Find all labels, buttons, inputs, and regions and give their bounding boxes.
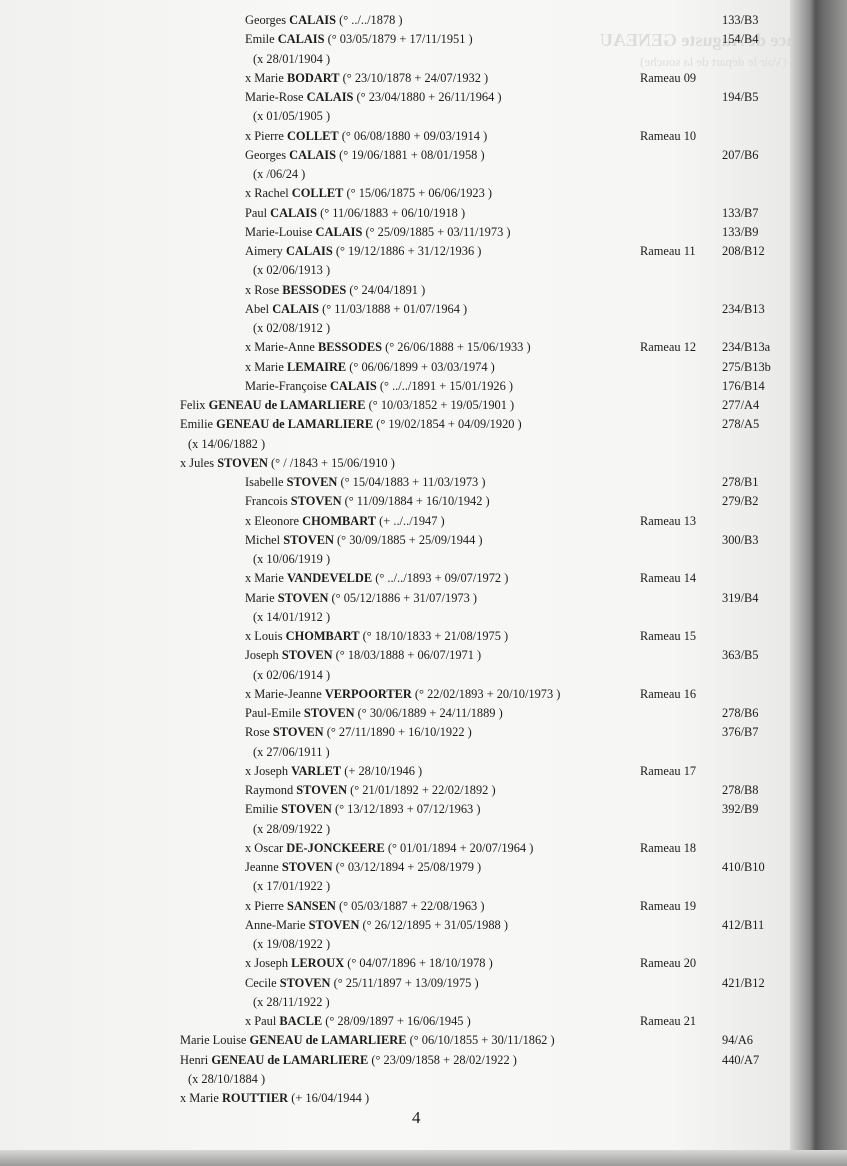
entry-row: (x 02/06/1913 ) xyxy=(0,260,790,280)
document-page: Descendance de Auguste GENEAU (Voir le d… xyxy=(0,0,790,1150)
life-dates: (° ../../1893 + 09/07/1972 ) xyxy=(372,571,508,585)
life-dates: (° 06/08/1880 + 09/03/1914 ) xyxy=(339,129,488,143)
life-dates: (° 13/12/1893 + 07/12/1963 ) xyxy=(332,802,481,816)
life-dates: (° 04/07/1896 + 18/10/1978 ) xyxy=(344,956,493,970)
page-reference: 392/B9 xyxy=(722,799,759,819)
scanner-bottom-edge xyxy=(0,1150,847,1166)
person-entry: Marie Louise GENEAU de LAMARLIERE (° 06/… xyxy=(180,1030,555,1050)
person-entry: Henri GENEAU de LAMARLIERE (° 23/09/1858… xyxy=(180,1050,517,1070)
marriage-text: (x 02/08/1912 ) xyxy=(253,321,330,335)
entry-row: Marie-Louise CALAIS (° 25/09/1885 + 03/1… xyxy=(0,222,790,242)
page-reference: 176/B14 xyxy=(722,376,765,396)
surname: BESSODES xyxy=(318,340,382,354)
given-name: x Rachel xyxy=(245,186,292,200)
life-dates: (° 18/10/1833 + 21/08/1975 ) xyxy=(360,629,509,643)
life-dates: (° 01/01/1894 + 20/07/1964 ) xyxy=(385,841,534,855)
given-name: Marie-Louise xyxy=(245,225,316,239)
entry-row: (x 02/06/1914 ) xyxy=(0,665,790,685)
marriage-text: (x 28/01/1904 ) xyxy=(253,52,330,66)
given-name: x Louis xyxy=(245,629,286,643)
life-dates: (° 24/04/1891 ) xyxy=(346,283,425,297)
marriage-text: (x 14/06/1882 ) xyxy=(188,437,265,451)
entry-row: x Marie-Anne BESSODES (° 26/06/1888 + 15… xyxy=(0,337,790,357)
entry-row: Marie-Françoise CALAIS (° ../../1891 + 1… xyxy=(0,376,790,396)
given-name: x Marie xyxy=(245,571,287,585)
given-name: x Jules xyxy=(180,456,217,470)
surname: CALAIS xyxy=(316,225,363,239)
entry-row: Rose STOVEN (° 27/11/1890 + 16/10/1922 )… xyxy=(0,722,790,742)
entry-row: Felix GENEAU de LAMARLIERE (° 10/03/1852… xyxy=(0,395,790,415)
rameau-label: Rameau 20 xyxy=(640,953,696,973)
entry-row: Georges CALAIS (° 19/06/1881 + 08/01/195… xyxy=(0,145,790,165)
life-dates: (° 19/06/1881 + 08/01/1958 ) xyxy=(336,148,485,162)
surname: STOVEN xyxy=(282,648,333,662)
life-dates: (° 05/03/1887 + 22/08/1963 ) xyxy=(336,899,485,913)
surname: BESSODES xyxy=(282,283,346,297)
page-reference: 412/B11 xyxy=(722,915,764,935)
surname: STOVEN xyxy=(278,591,329,605)
spouse-entry: x Rose BESSODES (° 24/04/1891 ) xyxy=(245,280,425,300)
entry-row: x Marie LEMAIRE (° 06/06/1899 + 03/03/19… xyxy=(0,357,790,377)
entry-row: Aimery CALAIS (° 19/12/1886 + 31/12/1936… xyxy=(0,241,790,261)
surname: COLLET xyxy=(287,129,339,143)
life-dates: (° 06/06/1899 + 03/03/1974 ) xyxy=(346,360,495,374)
surname: CHOMBART xyxy=(302,514,376,528)
page-reference: 154/B4 xyxy=(722,29,759,49)
person-entry: Isabelle STOVEN (° 15/04/1883 + 11/03/19… xyxy=(245,472,485,492)
marriage-text: (x 14/01/1912 ) xyxy=(253,610,330,624)
life-dates: (° 22/02/1893 + 20/10/1973 ) xyxy=(412,687,561,701)
surname: STOVEN xyxy=(304,706,355,720)
given-name: Georges xyxy=(245,148,289,162)
person-entry: Michel STOVEN (° 30/09/1885 + 25/09/1944… xyxy=(245,530,483,550)
marriage-text: (x /06/24 ) xyxy=(253,167,305,181)
life-dates: (° 19/02/1854 + 04/09/1920 ) xyxy=(373,417,522,431)
given-name: Michel xyxy=(245,533,283,547)
surname: CALAIS xyxy=(270,206,317,220)
marriage-date: (x 19/08/1922 ) xyxy=(253,934,330,954)
rameau-label: Rameau 21 xyxy=(640,1011,696,1031)
given-name: x Marie xyxy=(245,71,287,85)
life-dates: (° 05/12/1886 + 31/07/1973 ) xyxy=(328,591,477,605)
rameau-label: Rameau 14 xyxy=(640,568,696,588)
page-reference: 300/B3 xyxy=(722,530,759,550)
life-dates: (° 21/01/1892 + 22/02/1892 ) xyxy=(347,783,496,797)
entry-row: (x 19/08/1922 ) xyxy=(0,934,790,954)
life-dates: (° 03/12/1894 + 25/08/1979 ) xyxy=(333,860,482,874)
rameau-label: Rameau 16 xyxy=(640,684,696,704)
page-reference: 279/B2 xyxy=(722,491,759,511)
spouse-entry: x Joseph LEROUX (° 04/07/1896 + 18/10/19… xyxy=(245,953,493,973)
life-dates: (° ../../1891 + 15/01/1926 ) xyxy=(377,379,513,393)
life-dates: (+ ../../1947 ) xyxy=(376,514,445,528)
entry-row: Jeanne STOVEN (° 03/12/1894 + 25/08/1979… xyxy=(0,857,790,877)
given-name: Felix xyxy=(180,398,209,412)
entry-row: x Paul BACLE (° 28/09/1897 + 16/06/1945 … xyxy=(0,1011,790,1031)
marriage-date: (x 10/06/1919 ) xyxy=(253,549,330,569)
page-reference: 278/A5 xyxy=(722,414,759,434)
page-reference: 277/A4 xyxy=(722,395,759,415)
person-entry: Paul CALAIS (° 11/06/1883 + 06/10/1918 ) xyxy=(245,203,465,223)
entry-row: Marie STOVEN (° 05/12/1886 + 31/07/1973 … xyxy=(0,588,790,608)
given-name: Georges xyxy=(245,13,289,27)
surname: STOVEN xyxy=(217,456,268,470)
life-dates: (° 23/09/1858 + 28/02/1922 ) xyxy=(368,1053,517,1067)
entry-row: (x 17/01/1922 ) xyxy=(0,876,790,896)
marriage-date: (x 01/05/1905 ) xyxy=(253,106,330,126)
rameau-label: Rameau 13 xyxy=(640,511,696,531)
page-reference: 275/B13b xyxy=(722,357,771,377)
surname: STOVEN xyxy=(287,475,338,489)
entry-row: (x 02/08/1912 ) xyxy=(0,318,790,338)
life-dates: (° 03/05/1879 + 17/11/1951 ) xyxy=(325,32,473,46)
entry-row: (x 10/06/1919 ) xyxy=(0,549,790,569)
page-reference: 208/B12 xyxy=(722,241,765,261)
marriage-text: (x 19/08/1922 ) xyxy=(253,937,330,951)
rameau-label: Rameau 18 xyxy=(640,838,696,858)
person-entry: Cecile STOVEN (° 25/11/1897 + 13/09/1975… xyxy=(245,973,479,993)
spouse-entry: x Marie-Jeanne VERPOORTER (° 22/02/1893 … xyxy=(245,684,560,704)
person-entry: Marie STOVEN (° 05/12/1886 + 31/07/1973 … xyxy=(245,588,477,608)
person-entry: Marie-Louise CALAIS (° 25/09/1885 + 03/1… xyxy=(245,222,511,242)
entry-row: Georges CALAIS (° ../../1878 )133/B3 xyxy=(0,10,790,30)
surname: STOVEN xyxy=(280,976,331,990)
entry-row: Raymond STOVEN (° 21/01/1892 + 22/02/189… xyxy=(0,780,790,800)
given-name: Marie-Rose xyxy=(245,90,307,104)
entry-row: x Eleonore CHOMBART (+ ../../1947 )Ramea… xyxy=(0,511,790,531)
surname: LEMAIRE xyxy=(287,360,346,374)
life-dates: (° 11/06/1883 + 06/10/1918 ) xyxy=(317,206,465,220)
life-dates: (° 25/11/1897 + 13/09/1975 ) xyxy=(330,976,478,990)
page-number: 4 xyxy=(412,1108,421,1128)
entry-row: Emilie GENEAU de LAMARLIERE (° 19/02/185… xyxy=(0,414,790,434)
given-name: Emilie xyxy=(180,417,216,431)
life-dates: (° 26/12/1895 + 31/05/1988 ) xyxy=(359,918,508,932)
entry-row: (x 28/09/1922 ) xyxy=(0,819,790,839)
spouse-entry: x Pierre SANSEN (° 05/03/1887 + 22/08/19… xyxy=(245,896,484,916)
page-reference: 194/B5 xyxy=(722,87,759,107)
surname: STOVEN xyxy=(291,494,342,508)
page-reference: 278/B6 xyxy=(722,703,759,723)
entry-row: Marie Louise GENEAU de LAMARLIERE (° 06/… xyxy=(0,1030,790,1050)
marriage-date: (x 02/06/1914 ) xyxy=(253,665,330,685)
entry-row: Abel CALAIS (° 11/03/1888 + 01/07/1964 )… xyxy=(0,299,790,319)
surname: STOVEN xyxy=(282,860,333,874)
entry-row: x Jules STOVEN (° / /1843 + 15/06/1910 ) xyxy=(0,453,790,473)
entry-row: Henri GENEAU de LAMARLIERE (° 23/09/1858… xyxy=(0,1050,790,1070)
life-dates: (+ 16/04/1944 ) xyxy=(288,1091,369,1105)
marriage-text: (x 28/10/1884 ) xyxy=(188,1072,265,1086)
given-name: Abel xyxy=(245,302,272,316)
person-entry: Jeanne STOVEN (° 03/12/1894 + 25/08/1979… xyxy=(245,857,481,877)
life-dates: (° 30/06/1889 + 24/11/1889 ) xyxy=(355,706,503,720)
given-name: Paul xyxy=(245,206,270,220)
entry-row: x Marie BODART (° 23/10/1878 + 24/07/193… xyxy=(0,68,790,88)
surname: CALAIS xyxy=(289,13,336,27)
person-entry: Emilie GENEAU de LAMARLIERE (° 19/02/185… xyxy=(180,414,522,434)
given-name: Francois xyxy=(245,494,291,508)
given-name: x Marie xyxy=(245,360,287,374)
given-name: Paul-Emile xyxy=(245,706,304,720)
marriage-date: (x 28/09/1922 ) xyxy=(253,819,330,839)
marriage-date: (x 02/08/1912 ) xyxy=(253,318,330,338)
surname: GENEAU de LAMARLIERE xyxy=(209,398,366,412)
entry-row: (x 28/10/1884 ) xyxy=(0,1069,790,1089)
entry-row: x Louis CHOMBART (° 18/10/1833 + 21/08/1… xyxy=(0,626,790,646)
marriage-text: (x 02/06/1913 ) xyxy=(253,263,330,277)
life-dates: (° 18/03/1888 + 06/07/1971 ) xyxy=(333,648,482,662)
given-name: Marie Louise xyxy=(180,1033,250,1047)
surname: CALAIS xyxy=(330,379,377,393)
life-dates: (° / /1843 + 15/06/1910 ) xyxy=(268,456,395,470)
spouse-entry: x Pierre COLLET (° 06/08/1880 + 09/03/19… xyxy=(245,126,487,146)
life-dates: (° 28/09/1897 + 16/06/1945 ) xyxy=(322,1014,471,1028)
surname: COLLET xyxy=(292,186,344,200)
spouse-entry: x Marie VANDEVELDE (° ../../1893 + 09/07… xyxy=(245,568,508,588)
entry-row: x Pierre COLLET (° 06/08/1880 + 09/03/19… xyxy=(0,126,790,146)
rameau-label: Rameau 15 xyxy=(640,626,696,646)
surname: LEROUX xyxy=(291,956,344,970)
entry-row: x Rachel COLLET (° 15/06/1875 + 06/06/19… xyxy=(0,183,790,203)
surname: VANDEVELDE xyxy=(287,571,372,585)
person-entry: Anne-Marie STOVEN (° 26/12/1895 + 31/05/… xyxy=(245,915,508,935)
marriage-date: (x 28/01/1904 ) xyxy=(253,49,330,69)
person-entry: Emilie STOVEN (° 13/12/1893 + 07/12/1963… xyxy=(245,799,480,819)
entry-row: x Oscar DE-JONCKEERE (° 01/01/1894 + 20/… xyxy=(0,838,790,858)
entry-row: Cecile STOVEN (° 25/11/1897 + 13/09/1975… xyxy=(0,973,790,993)
life-dates: (° 19/12/1886 + 31/12/1936 ) xyxy=(333,244,482,258)
given-name: x Marie xyxy=(180,1091,222,1105)
surname: CALAIS xyxy=(307,90,354,104)
entry-row: x Rose BESSODES (° 24/04/1891 ) xyxy=(0,280,790,300)
marriage-date: (x 27/06/1911 ) xyxy=(253,742,330,762)
scanner-edge xyxy=(790,0,847,1166)
page-reference: 440/A7 xyxy=(722,1050,759,1070)
person-entry: Rose STOVEN (° 27/11/1890 + 16/10/1922 ) xyxy=(245,722,472,742)
surname: GENEAU de LAMARLIERE xyxy=(216,417,373,431)
life-dates: (° 06/10/1855 + 30/11/1862 ) xyxy=(406,1033,554,1047)
surname: BODART xyxy=(287,71,340,85)
entry-row: x Marie ROUTTIER (+ 16/04/1944 ) xyxy=(0,1088,790,1108)
given-name: Henri xyxy=(180,1053,211,1067)
life-dates: (+ 28/10/1946 ) xyxy=(341,764,422,778)
surname: STOVEN xyxy=(281,802,332,816)
given-name: Cecile xyxy=(245,976,280,990)
marriage-date: (x 14/01/1912 ) xyxy=(253,607,330,627)
person-entry: Abel CALAIS (° 11/03/1888 + 01/07/1964 ) xyxy=(245,299,467,319)
spouse-entry: x Marie LEMAIRE (° 06/06/1899 + 03/03/19… xyxy=(245,357,495,377)
rameau-label: Rameau 09 xyxy=(640,68,696,88)
surname: ROUTTIER xyxy=(222,1091,288,1105)
person-entry: Marie-Rose CALAIS (° 23/04/1880 + 26/11/… xyxy=(245,87,502,107)
surname: STOVEN xyxy=(296,783,347,797)
page-reference: 278/B8 xyxy=(722,780,759,800)
marriage-date: (x /06/24 ) xyxy=(253,164,305,184)
given-name: x Eleonore xyxy=(245,514,302,528)
rameau-label: Rameau 12 xyxy=(640,337,696,357)
entry-row: Michel STOVEN (° 30/09/1885 + 25/09/1944… xyxy=(0,530,790,550)
page-reference: 94/A6 xyxy=(722,1030,753,1050)
person-entry: Francois STOVEN (° 11/09/1884 + 16/10/19… xyxy=(245,491,490,511)
page-reference: 133/B7 xyxy=(722,203,759,223)
entry-row: (x 28/11/1922 ) xyxy=(0,992,790,1012)
entry-row: (x 14/06/1882 ) xyxy=(0,434,790,454)
marriage-date: (x 28/11/1922 ) xyxy=(253,992,330,1012)
surname: GENEAU de LAMARLIERE xyxy=(250,1033,407,1047)
given-name: x Joseph xyxy=(245,764,291,778)
surname: SANSEN xyxy=(287,899,336,913)
page-reference: 319/B4 xyxy=(722,588,759,608)
life-dates: (° 30/09/1885 + 25/09/1944 ) xyxy=(334,533,483,547)
given-name: x Marie-Jeanne xyxy=(245,687,325,701)
surname: CALAIS xyxy=(278,32,325,46)
spouse-entry: x Paul BACLE (° 28/09/1897 + 16/06/1945 … xyxy=(245,1011,471,1031)
spouse-entry: x Louis CHOMBART (° 18/10/1833 + 21/08/1… xyxy=(245,626,508,646)
entry-row: (x 27/06/1911 ) xyxy=(0,742,790,762)
page-reference: 376/B7 xyxy=(722,722,759,742)
given-name: Emile xyxy=(245,32,278,46)
marriage-text: (x 27/06/1911 ) xyxy=(253,745,330,759)
rameau-label: Rameau 10 xyxy=(640,126,696,146)
marriage-date: (x 14/06/1882 ) xyxy=(188,434,265,454)
entry-row: Marie-Rose CALAIS (° 23/04/1880 + 26/11/… xyxy=(0,87,790,107)
rameau-label: Rameau 11 xyxy=(640,241,696,261)
given-name: Aimery xyxy=(245,244,286,258)
given-name: Joseph xyxy=(245,648,282,662)
given-name: Marie xyxy=(245,591,278,605)
marriage-text: (x 17/01/1922 ) xyxy=(253,879,330,893)
surname: STOVEN xyxy=(283,533,334,547)
surname: DE-JONCKEERE xyxy=(286,841,384,855)
entry-row: Paul CALAIS (° 11/06/1883 + 06/10/1918 )… xyxy=(0,203,790,223)
entry-row: x Joseph VARLET (+ 28/10/1946 )Rameau 17 xyxy=(0,761,790,781)
given-name: Isabelle xyxy=(245,475,287,489)
life-dates: (° 26/06/1888 + 15/06/1933 ) xyxy=(382,340,531,354)
person-entry: Paul-Emile STOVEN (° 30/06/1889 + 24/11/… xyxy=(245,703,503,723)
entry-row: x Pierre SANSEN (° 05/03/1887 + 22/08/19… xyxy=(0,896,790,916)
given-name: Jeanne xyxy=(245,860,282,874)
spouse-entry: x Eleonore CHOMBART (+ ../../1947 ) xyxy=(245,511,445,531)
marriage-text: (x 02/06/1914 ) xyxy=(253,668,330,682)
person-entry: Georges CALAIS (° 19/06/1881 + 08/01/195… xyxy=(245,145,485,165)
life-dates: (° 23/10/1878 + 24/07/1932 ) xyxy=(340,71,489,85)
entry-row: Anne-Marie STOVEN (° 26/12/1895 + 31/05/… xyxy=(0,915,790,935)
page-reference: 207/B6 xyxy=(722,145,759,165)
entry-row: Emile CALAIS (° 03/05/1879 + 17/11/1951 … xyxy=(0,29,790,49)
spouse-entry: x Joseph VARLET (+ 28/10/1946 ) xyxy=(245,761,422,781)
life-dates: (° 27/11/1890 + 16/10/1922 ) xyxy=(324,725,472,739)
life-dates: (° 25/09/1885 + 03/11/1973 ) xyxy=(362,225,510,239)
marriage-text: (x 28/09/1922 ) xyxy=(253,822,330,836)
entry-row: (x 01/05/1905 ) xyxy=(0,106,790,126)
person-entry: Joseph STOVEN (° 18/03/1888 + 06/07/1971… xyxy=(245,645,481,665)
spouse-entry: x Marie-Anne BESSODES (° 26/06/1888 + 15… xyxy=(245,337,531,357)
given-name: Anne-Marie xyxy=(245,918,309,932)
entry-row: Emilie STOVEN (° 13/12/1893 + 07/12/1963… xyxy=(0,799,790,819)
marriage-text: (x 28/11/1922 ) xyxy=(253,995,330,1009)
person-entry: Georges CALAIS (° ../../1878 ) xyxy=(245,10,403,30)
surname: GENEAU de LAMARLIERE xyxy=(211,1053,368,1067)
surname: STOVEN xyxy=(309,918,360,932)
entry-row: (x 14/01/1912 ) xyxy=(0,607,790,627)
marriage-date: (x 02/06/1913 ) xyxy=(253,260,330,280)
life-dates: (° ../../1878 ) xyxy=(336,13,403,27)
rameau-label: Rameau 19 xyxy=(640,896,696,916)
life-dates: (° 15/06/1875 + 06/06/1923 ) xyxy=(343,186,492,200)
spouse-entry: x Oscar DE-JONCKEERE (° 01/01/1894 + 20/… xyxy=(245,838,533,858)
page-reference: 278/B1 xyxy=(722,472,759,492)
page-reference: 234/B13 xyxy=(722,299,765,319)
given-name: Rose xyxy=(245,725,273,739)
given-name: x Oscar xyxy=(245,841,286,855)
spouse-entry: x Marie ROUTTIER (+ 16/04/1944 ) xyxy=(180,1088,369,1108)
spouse-entry: x Marie BODART (° 23/10/1878 + 24/07/193… xyxy=(245,68,488,88)
given-name: x Rose xyxy=(245,283,282,297)
page-reference: 133/B9 xyxy=(722,222,759,242)
entry-row: (x /06/24 ) xyxy=(0,164,790,184)
life-dates: (° 10/03/1852 + 19/05/1901 ) xyxy=(366,398,515,412)
marriage-text: (x 10/06/1919 ) xyxy=(253,552,330,566)
life-dates: (° 11/09/1884 + 16/10/1942 ) xyxy=(342,494,490,508)
page-reference: 234/B13a xyxy=(722,337,770,357)
surname: CALAIS xyxy=(272,302,319,316)
life-dates: (° 15/04/1883 + 11/03/1973 ) xyxy=(337,475,485,489)
surname: CALAIS xyxy=(289,148,336,162)
person-entry: Aimery CALAIS (° 19/12/1886 + 31/12/1936… xyxy=(245,241,481,261)
surname: CHOMBART xyxy=(286,629,360,643)
given-name: Raymond xyxy=(245,783,296,797)
person-entry: Felix GENEAU de LAMARLIERE (° 10/03/1852… xyxy=(180,395,514,415)
person-entry: Emile CALAIS (° 03/05/1879 + 17/11/1951 … xyxy=(245,29,473,49)
page-reference: 133/B3 xyxy=(722,10,759,30)
marriage-date: (x 17/01/1922 ) xyxy=(253,876,330,896)
given-name: Marie-Françoise xyxy=(245,379,330,393)
given-name: x Pierre xyxy=(245,129,287,143)
life-dates: (° 11/03/1888 + 01/07/1964 ) xyxy=(319,302,467,316)
entry-row: Joseph STOVEN (° 18/03/1888 + 06/07/1971… xyxy=(0,645,790,665)
page-reference: 410/B10 xyxy=(722,857,765,877)
given-name: x Marie-Anne xyxy=(245,340,318,354)
spouse-entry: x Jules STOVEN (° / /1843 + 15/06/1910 ) xyxy=(180,453,395,473)
surname: CALAIS xyxy=(286,244,333,258)
spouse-entry: x Rachel COLLET (° 15/06/1875 + 06/06/19… xyxy=(245,183,492,203)
given-name: x Paul xyxy=(245,1014,279,1028)
surname: VARLET xyxy=(291,764,341,778)
entry-row: (x 28/01/1904 ) xyxy=(0,49,790,69)
rameau-label: Rameau 17 xyxy=(640,761,696,781)
surname: BACLE xyxy=(279,1014,322,1028)
person-entry: Marie-Françoise CALAIS (° ../../1891 + 1… xyxy=(245,376,513,396)
given-name: x Pierre xyxy=(245,899,287,913)
given-name: Emilie xyxy=(245,802,281,816)
life-dates: (° 23/04/1880 + 26/11/1964 ) xyxy=(353,90,501,104)
marriage-text: (x 01/05/1905 ) xyxy=(253,109,330,123)
entry-row: x Marie VANDEVELDE (° ../../1893 + 09/07… xyxy=(0,568,790,588)
entry-row: Paul-Emile STOVEN (° 30/06/1889 + 24/11/… xyxy=(0,703,790,723)
surname: VERPOORTER xyxy=(325,687,412,701)
page-reference: 363/B5 xyxy=(722,645,759,665)
entry-row: x Joseph LEROUX (° 04/07/1896 + 18/10/19… xyxy=(0,953,790,973)
entry-row: Francois STOVEN (° 11/09/1884 + 16/10/19… xyxy=(0,491,790,511)
given-name: x Joseph xyxy=(245,956,291,970)
entry-row: Isabelle STOVEN (° 15/04/1883 + 11/03/19… xyxy=(0,472,790,492)
surname: STOVEN xyxy=(273,725,324,739)
person-entry: Raymond STOVEN (° 21/01/1892 + 22/02/189… xyxy=(245,780,496,800)
marriage-date: (x 28/10/1884 ) xyxy=(188,1069,265,1089)
page-reference: 421/B12 xyxy=(722,973,765,993)
entry-row: x Marie-Jeanne VERPOORTER (° 22/02/1893 … xyxy=(0,684,790,704)
